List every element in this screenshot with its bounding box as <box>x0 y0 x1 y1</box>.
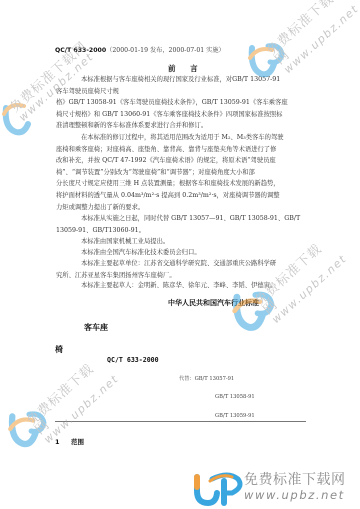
standard-category: 中华人民共和国汽车行业标准 <box>168 298 259 308</box>
header-standard-code: QC/T 633-2000 <box>55 47 106 54</box>
paragraph-line: 将护面材料的透气量从 0.04m³/m²·s 提高到 0.2m³/m²·s，对座… <box>56 190 310 202</box>
up-logo-icon <box>192 471 244 507</box>
paragraph-line: 本标准从实施之日起，同时代替 GB/T 13057—91、GB/T 13058-… <box>56 213 310 225</box>
standard-code: QC/T 633-2000 <box>107 356 159 364</box>
section-number: 1 <box>55 438 71 446</box>
paragraph-line: 改和补充，并按 QC/T 47-1992《汽车座椅术语》的规定，将原术语“驾驶员… <box>56 155 310 167</box>
paragraph-line: 准清理整顿和新的客车标准体系要求进行合并和修订。 <box>56 120 310 132</box>
replaces-item: GB/T 13058-91 <box>215 394 255 400</box>
foreword-paragraph-2: 在本标准的修订过程中，将其适用范围改为适用于 M₂、M₃类客车的驾驶 座椅和乘客… <box>56 132 310 213</box>
section-title: 范围 <box>71 438 84 446</box>
footer-site-name: 免费标准下载网 <box>244 469 346 489</box>
watermark-url: www.upbz.net <box>282 3 360 76</box>
paragraph-line: 在本标准的修订过程中，将其适用范围改为适用于 M₂、M₃类客车的驾驶 <box>56 132 310 144</box>
paragraph-line: 椅”、“调节装置”分别改为“驾驶座椅”和“调节器”；对座椅角度大小和部 <box>56 167 310 179</box>
document-header: QC/T 633-2000（2000-01-19 发布，2000-07-01 实… <box>55 45 225 54</box>
footer-site-url: www.upbz.net <box>244 488 345 502</box>
up-logo-icon <box>230 288 276 334</box>
replaces-item: GB/T 13059-91 <box>215 413 255 419</box>
watermark-site-name: 免费标准下载网 <box>26 355 113 437</box>
paragraph-line: 座椅和乘客座椅；对座椅高、座垫角、靠背高、靠背与座垫夹角等术语进行了修 <box>56 144 310 156</box>
paragraph-line: 椅尺寸规格》和 GB/T 13060-91《客车乘客座椅技术条件》四项国家标准按… <box>56 109 310 121</box>
foreword-paragraph-7: 本标准主要起草人：金明新、陈彦华、徐年元、李峰、李韬、伊德寅。 <box>56 280 310 292</box>
watermark-site-name: 免费标准下载网 <box>266 0 353 67</box>
document-page: QC/T 633-2000（2000-01-19 发布，2000-07-01 实… <box>0 0 360 509</box>
paragraph-line: 本标准主要起草人：金明新、陈彦华、徐年元、李峰、李韬、伊德寅。 <box>56 280 310 292</box>
paragraph-line: 13059-91、GB/T13060-91。 <box>56 225 310 237</box>
foreword-paragraph-6: 本标准主要起草单位：江苏省交通科学研究院、交通部重庆公路科学研 究所、江苏亚星客… <box>56 258 310 281</box>
paragraph-line: 本标准主要起草单位：江苏省交通科学研究院、交通部重庆公路科学研 <box>56 258 310 270</box>
paragraph-line: 本标准根据与客车座椅相关的现行国家及行业标准，对GB/T 13057-91 <box>56 74 310 86</box>
watermark-url: www.upbz.net <box>42 373 121 446</box>
foreword-paragraph-3: 本标准从实施之日起，同时代替 GB/T 13057—91、GB/T 13058-… <box>56 213 310 236</box>
section-heading-scope: 1范围 <box>55 437 84 446</box>
paragraph-line: 本标准由国家机械工业局提出。 <box>56 236 310 248</box>
replaces-item: 代替：GB/T 13057-91 <box>179 375 234 382</box>
up-logo-icon <box>0 98 40 138</box>
paragraph-line: 格》GB/T 13058-91《客车驾驶员座椅技术条件》，GB/T 13059-… <box>56 97 310 109</box>
paragraph-line: 本标准由全国汽车标准化技术委员会归口。 <box>56 247 310 259</box>
header-dates: （2000-01-19 发布，2000-07-01 实施） <box>106 47 225 54</box>
section-divider <box>55 421 306 422</box>
foreword-paragraph-1: 本标准根据与客车座椅相关的现行国家及行业标准，对GB/T 13057-91 客车… <box>56 74 310 132</box>
foreword-paragraph-4: 本标准由国家机械工业局提出。 <box>56 236 310 248</box>
document-title-line-1: 客车座 <box>84 322 108 333</box>
footer-watermark-logo: 免费标准下载网 www.upbz.net <box>192 469 360 509</box>
foreword-paragraph-5: 本标准由全国汽车标准化技术委员会归口。 <box>56 247 310 259</box>
document-title-line-2: 椅 <box>55 344 63 355</box>
paragraph-line: 客车驾驶员座椅尺寸规 <box>56 86 310 98</box>
foreword-title: 前 言 <box>168 63 204 74</box>
paragraph-line: 分长度尺寸规定应使用三维 H 点装置测量；根据客车和座椅技术发展的新趋势， <box>56 178 310 190</box>
paragraph-line: 力矩或调整力提出了新的要求。 <box>56 202 310 214</box>
up-logo-icon <box>6 408 48 450</box>
